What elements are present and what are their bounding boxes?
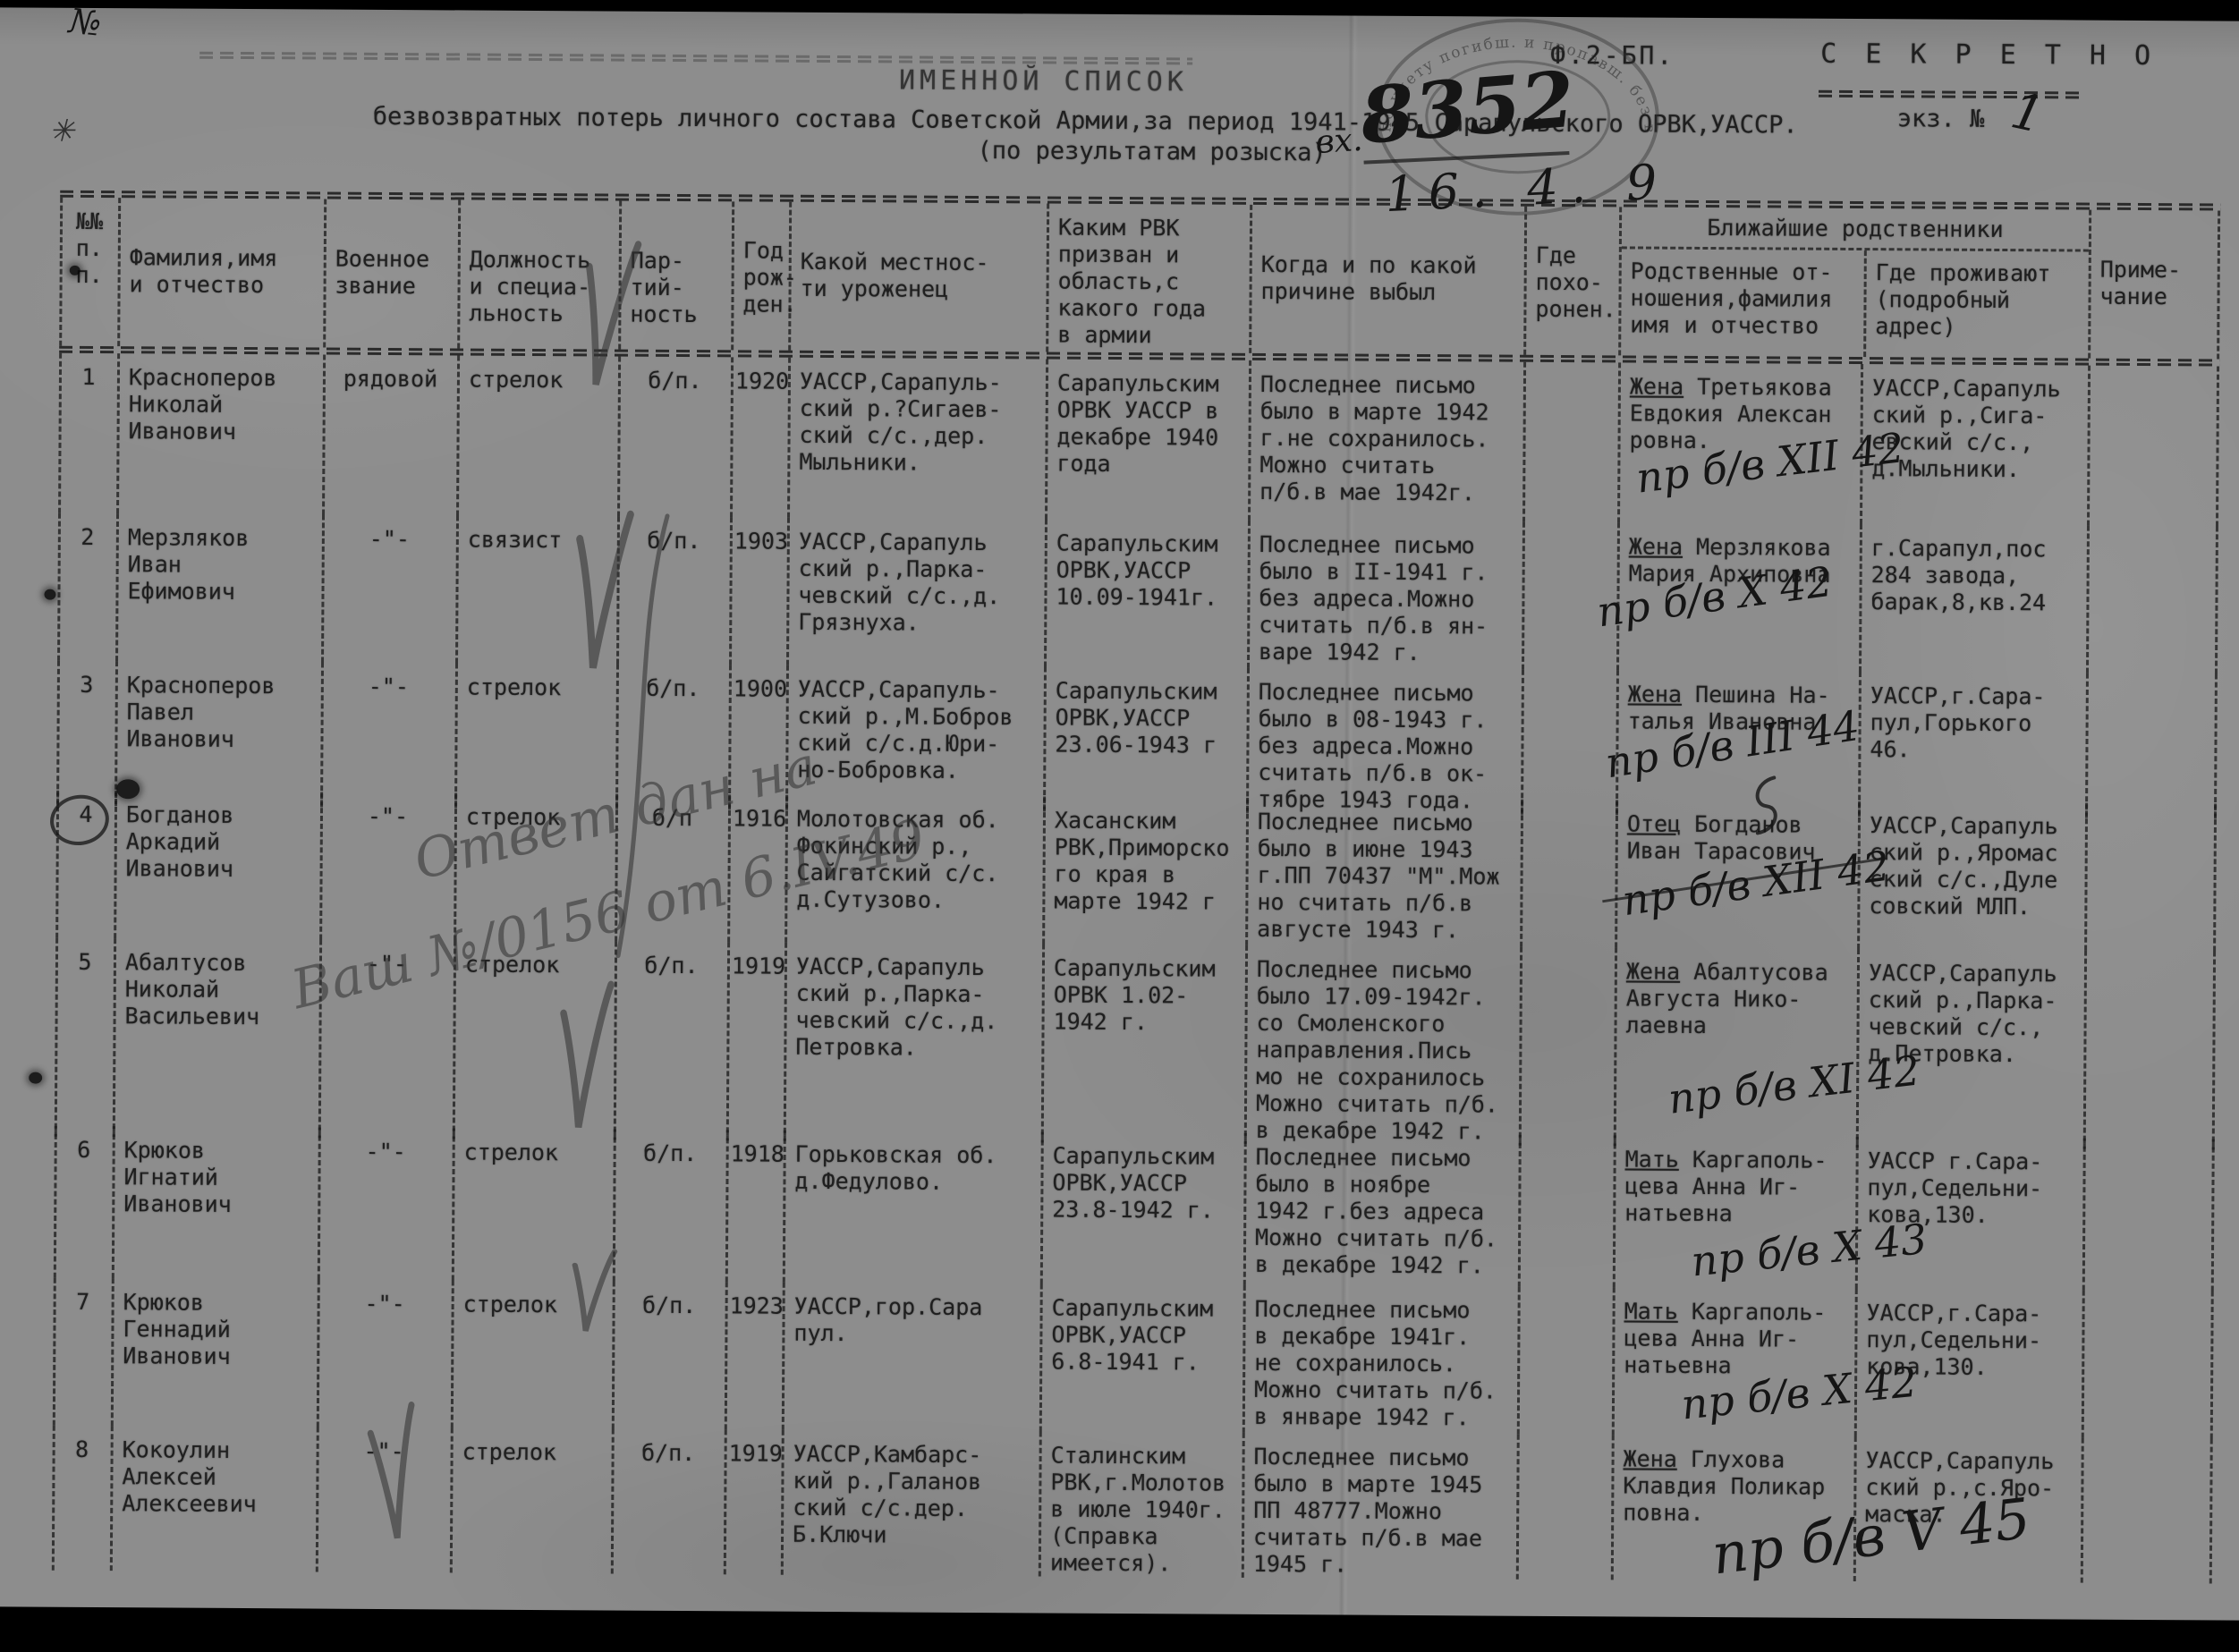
group-header-relatives: Ближайшие родственники	[1622, 207, 2089, 243]
paper-hole	[44, 589, 55, 600]
table-row: 3 Красноперов Павел Иванович -"- стрелок…	[56, 661, 2218, 804]
cell-address: г.Сарапул,пос 284 завода, барак,8,кв.24	[1859, 524, 2087, 674]
cell-rvk: Сталинским РВК,г.Молотов в июле 1940г. (…	[1039, 1431, 1242, 1577]
faded-top-rule	[199, 52, 1192, 65]
cell-origin: УАССР,Камбарс- кий р.,Галанов ский с/с.д…	[781, 1430, 1039, 1577]
scanned-document: { "document": { "margin_mark": "№", "tit…	[0, 0, 2239, 1652]
document-page: № ✳ ИМЕННОЙ СПИСОК Ф.2-БП. С Е К Р Е Т Н…	[0, 7, 2239, 1620]
cell-rvk: Сарапульским ОРВК,УАССР 23.06-1943 г	[1043, 666, 1247, 812]
cell-address: УАССР г.Сара- пул,Седельни- кова,130.	[1855, 1137, 2083, 1291]
cell-duty: стрелок	[450, 1427, 612, 1573]
cell-note	[2082, 1291, 2214, 1439]
paper-hole	[116, 779, 140, 799]
cell-num: 3	[56, 661, 115, 806]
col-header-fate: Когда и по какой причине выбыл	[1249, 205, 1524, 355]
col-header-relative: Родственные от- ношения,фамилия имя и от…	[1621, 249, 1864, 357]
cell-rvk: Сарапульским ОРВК,УАССР 10.09-1941г.	[1044, 519, 1248, 667]
cell-fate: Последнее письмо в декабре 1941г. не сох…	[1242, 1285, 1518, 1435]
col-header-rank: Военное звание	[323, 199, 458, 349]
cell-num: 7	[53, 1278, 112, 1426]
cell-num: 8	[52, 1426, 111, 1571]
cell-name: Мерзляков Иван Ефимович	[115, 513, 322, 662]
cell-party: б/п.	[612, 1282, 725, 1430]
cell-party: б/п.	[611, 1429, 725, 1575]
cell-origin: Горьковская об. д.Федулово.	[783, 1131, 1041, 1284]
cell-buried	[1517, 1287, 1613, 1436]
cell-address: УАССР,Сарапуль ский р.,Яромас ский с/с.,…	[1857, 801, 2085, 951]
cell-name: Крюков Игнатий Иванович	[112, 1126, 318, 1279]
table-row: 4 Богданов Аркадий Иванович -"- стрелок …	[55, 791, 2217, 952]
table-header-row: №№ п. п. Фамилия,имя и отчество Военное …	[59, 198, 2220, 360]
cell-rank: -"-	[321, 515, 456, 664]
relative-kinship: Жена	[1626, 958, 1680, 984]
col-header-address: Где проживают (подробный адрес)	[1863, 250, 2091, 359]
cell-note	[2081, 1438, 2213, 1584]
relative-kinship: Мать	[1625, 1146, 1679, 1172]
cell-rvk: Хасанским РВК,Приморско го края в марте …	[1042, 796, 1246, 945]
cell-rank: -"-	[320, 663, 455, 809]
cell-name: Крюков Геннадий Иванович	[111, 1278, 318, 1427]
stamp-incoming-number: 8352	[1357, 55, 1578, 162]
cell-fate: Последнее письмо было в марте 1945 ПП 48…	[1242, 1433, 1517, 1580]
margin-number-scribble: №	[67, 1, 104, 44]
cell-note	[2085, 674, 2218, 819]
cell-name: Красноперов Николай Иванович	[116, 353, 323, 514]
cell-note	[2084, 803, 2217, 952]
pencil-checkmark	[363, 1399, 422, 1545]
relative-kinship: Отец	[1627, 810, 1681, 836]
cell-fate: Последнее письмо было 17.09-1942г. со См…	[1244, 945, 1520, 1146]
cell-name: Кокоулин Алексей Алексеевич	[110, 1426, 317, 1572]
copy-label: экз. №	[1897, 105, 1985, 133]
cell-party: б/п.	[617, 357, 731, 518]
cell-buried	[1522, 362, 1618, 523]
cell-buried	[1519, 947, 1615, 1147]
cell-origin: УАССР,Сарапуль- ский р.?Сигаев- ский с/с…	[787, 358, 1046, 520]
cell-origin: УАССР,Сарапуль ский р.,Парка- чевский с/…	[786, 518, 1045, 667]
cell-rvk: Сарапульским ОРВК 1.02- 1942 г.	[1041, 944, 1245, 1143]
col-header-num: №№ п. п.	[59, 198, 118, 346]
cell-fate: Последнее письмо было в 08-1943 г. без а…	[1246, 668, 1522, 815]
cell-born: 1923	[725, 1282, 783, 1429]
col-header-name: Фамилия,имя и отчество	[117, 198, 324, 347]
col-group-relatives: Ближайшие родственники Родственные от- н…	[1618, 207, 2089, 358]
col-header-note: Приме- чание	[2088, 210, 2220, 360]
relative-kinship: Жена	[1629, 533, 1683, 559]
classification-label: С Е К Р Е Т Н О	[1820, 38, 2157, 72]
table-row: 2 Мерзляков Иван Ефимович -"- связист б/…	[57, 513, 2218, 674]
col-header-origin: Какой местнос- ти уроженец	[788, 202, 1047, 352]
relative-kinship: Жена	[1628, 681, 1682, 707]
page-title: ИМЕННОЙ СПИСОК	[899, 64, 1188, 97]
cell-num: 2	[57, 513, 116, 661]
cell-born: 1920	[730, 357, 788, 517]
cell-fate: Последнее письмо было в II-1941 г. без а…	[1247, 521, 1522, 670]
cell-num: 6	[54, 1126, 113, 1278]
cell-rank: рядовой	[322, 355, 457, 516]
col-header-born: Год рож- ден.	[731, 201, 789, 350]
cell-fate: Последнее письмо было в ноябре 1942 г.бе…	[1243, 1133, 1519, 1287]
cell-name: Богданов Аркадий Иванович	[114, 791, 320, 939]
cell-rvk: Сарапульским ОРВК УАССР в декабре 1940 г…	[1045, 359, 1249, 520]
relative-kinship: Мать	[1624, 1298, 1678, 1324]
cell-party: б/п.	[614, 942, 727, 1141]
paper-hole	[70, 266, 81, 275]
ink-flourish	[1747, 774, 1783, 836]
cell-note	[2083, 951, 2216, 1150]
col-header-buried: Где похо- ронен.	[1523, 207, 1619, 356]
relative-kinship: Жена	[1630, 373, 1683, 399]
paper-hole	[29, 1072, 42, 1084]
cell-born: 1903	[729, 517, 787, 665]
cell-rank: -"-	[318, 1128, 453, 1281]
cell-rvk: Сарапульским ОРВК,УАССР 23.8-1942 г.	[1040, 1131, 1244, 1284]
subtitle-note: (по результатам розыска)	[977, 137, 1326, 166]
cell-party: б/п.	[613, 1130, 726, 1283]
cell-num: 1	[58, 353, 117, 513]
cell-buried	[1516, 1435, 1612, 1580]
cell-address: УАССР,г.Сара- пул,Горького 46.	[1858, 672, 2086, 818]
cell-note	[2082, 1139, 2215, 1292]
relative-kinship: Жена	[1624, 1445, 1677, 1471]
col-header-rvk: Каким РВК призван и область,с какого год…	[1046, 203, 1250, 352]
margin-asterisk-mark: ✳	[49, 114, 75, 149]
cell-relative: Жена Абалтусова Августа Нико- лаевна	[1614, 947, 1857, 1148]
cell-buried	[1520, 800, 1616, 948]
cell-note	[2087, 366, 2219, 527]
cell-origin: УАССР,гор.Сара пул.	[782, 1283, 1040, 1432]
cell-note	[2086, 526, 2218, 674]
cell-rvk: Сарапульским ОРВК,УАССР 6.8-1941 г.	[1039, 1283, 1243, 1432]
cell-num: 5	[55, 938, 114, 1137]
cell-fate: Последнее письмо было в марте 1942 г.не …	[1248, 360, 1523, 522]
cell-born: 1918	[725, 1130, 784, 1282]
pencil-checkmark	[551, 976, 614, 1135]
cell-fate: Последнее письмо было в июне 1943 г.ПП 7…	[1245, 798, 1521, 947]
cell-born: 1919	[724, 1429, 782, 1574]
cell-origin: УАССР,Сарапуль ский р.,Парка- чевский с/…	[784, 943, 1042, 1143]
cell-name: Красноперов Павел Иванович	[114, 661, 321, 807]
cell-born: 1919	[726, 942, 784, 1140]
cell-buried	[1518, 1135, 1614, 1288]
cell-origin: УАССР,Сарапуль- ский р.,М.Бобров ский с/…	[785, 665, 1044, 812]
stamp-incoming-prefix: вх.	[1314, 122, 1363, 161]
